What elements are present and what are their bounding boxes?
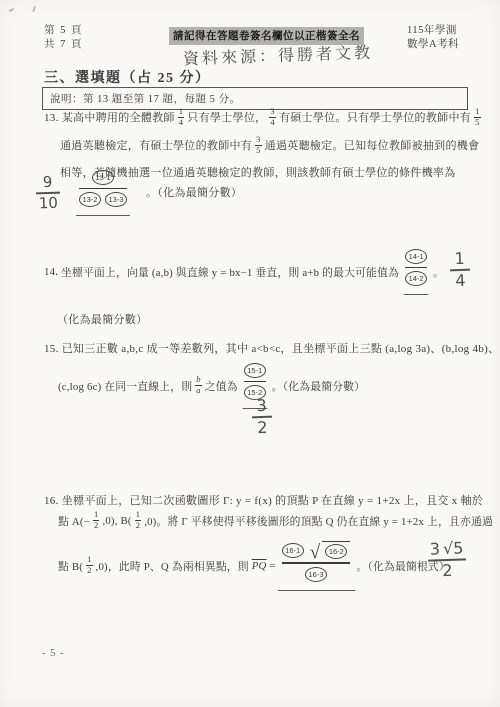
fraction-numerator: 1 xyxy=(178,107,185,117)
exam-info: 115年學測 數學A考科 xyxy=(407,24,459,52)
page-indicator: 第 5 頁 共 7 頁 xyxy=(44,24,83,52)
q16-line2: 點 A(−12,0), B(12,0)。將 Γ 平移使得平移後圖形的頂點 Q 仍… xyxy=(58,508,493,534)
q15-text-seg: 已知三正數 a,b,c 成一等差數列，其中 a<b<c，且坐標平面上三點 (a,… xyxy=(62,343,500,355)
q13-text-seg: 通過英聽檢定，有碩士學位的教師中有 xyxy=(60,140,252,152)
fraction-numerator: 1 xyxy=(93,510,99,520)
blank-id-badge: 14-1 xyxy=(405,249,427,264)
q16-number: 16. xyxy=(44,495,59,507)
inline-fraction: 34 xyxy=(269,107,276,128)
handwritten-coefficient: 3 xyxy=(430,540,441,558)
q14-format-note: （化為最簡分數） xyxy=(57,311,147,329)
blank-id-badge: 16-2 xyxy=(325,544,347,559)
q13-text-seg: 某高中聘用的全體教師 xyxy=(62,112,175,124)
q16-text-seg: ,0)。將 Γ 平移使得平移後圖形的頂點 Q 仍在直線 y = 1+2x 上，且… xyxy=(144,514,493,529)
fraction-numerator: 3 xyxy=(269,107,276,117)
page-footer: - 5 - xyxy=(42,648,65,659)
q13-line1: 13. 某高中聘用的全體教師14只有學士學位，34有碩士學位。只有學士學位的教師… xyxy=(44,106,484,130)
inline-fraction: 14 xyxy=(178,107,185,128)
fraction-denominator: a xyxy=(195,385,201,396)
inline-fraction: 12 xyxy=(93,510,99,531)
fraction-denominator: 2 xyxy=(93,520,99,531)
q16-answer-blank: 16-1 √ 16-2 16-3 xyxy=(282,541,351,590)
q13-number: 13. xyxy=(44,112,59,124)
q16-text-seg: 坐標平面上，已知二次函數圖形 Γ: y = f(x) 的頂點 P 在直線 y =… xyxy=(62,495,483,507)
handwritten-denominator: 2 xyxy=(257,418,268,436)
q16-text-seg: ,0), B( xyxy=(102,515,131,527)
q14-handwritten-answer: 1 4 xyxy=(449,250,470,290)
q13-handwritten-answer: 9 10 xyxy=(35,174,60,212)
q14-number: 14. xyxy=(44,266,58,278)
fraction-numerator: 3 xyxy=(255,135,262,145)
blank-id-badge: 13-2 xyxy=(79,192,101,207)
handwritten-numerator: 1 xyxy=(454,250,465,268)
handwritten-denominator: 4 xyxy=(455,271,466,289)
handwritten-denominator: 10 xyxy=(39,195,59,213)
scan-artifact xyxy=(9,8,14,12)
q13-text-seg: 有碩士學位。只有學士學位的教師中有 xyxy=(279,112,471,124)
fraction-denominator: 4 xyxy=(269,117,276,128)
q16-line3: 點 B(12,0)，此時 P、Q 為兩相異點，則 PQ = 16-1 √ 16-… xyxy=(58,536,450,596)
q14-text-seg: 。 xyxy=(433,265,444,280)
blank-fraction-bar xyxy=(244,381,266,382)
inline-fraction: 15 xyxy=(474,107,481,128)
inline-fraction: 12 xyxy=(86,555,92,576)
fraction-denominator: 5 xyxy=(255,145,262,156)
answer-underline xyxy=(278,589,355,591)
q13-format-note: 。（化為最簡分數） xyxy=(146,184,242,202)
fraction-denominator: 2 xyxy=(135,520,141,531)
exam-scan-page: 第 5 頁 共 7 頁 請記得在答題卷簽名欄位以正楷簽全名 115年學測 數學A… xyxy=(0,0,500,707)
fraction-numerator: 1 xyxy=(135,510,141,520)
exam-year: 115年學測 xyxy=(407,24,459,38)
q16-text-seg: 點 B( xyxy=(58,559,83,574)
blank-id-badge: 14-2 xyxy=(405,271,427,286)
fraction-denominator: 5 xyxy=(474,117,481,128)
exam-subject: 數學A考科 xyxy=(407,38,459,52)
handwritten-denominator: 2 xyxy=(442,561,453,579)
scan-artifact xyxy=(32,6,36,12)
q15-line1: 15. 已知三正數 a,b,c 成一等差數列，其中 a<b<c，且坐標平面上三點… xyxy=(44,340,499,358)
q15-handwritten-answer: 3 2 xyxy=(251,397,272,437)
inline-fraction: 35 xyxy=(255,135,262,156)
q13-answer-blank: 13-1 13-2 13-3 xyxy=(79,170,127,216)
inline-fraction: 12 xyxy=(135,510,141,531)
q14-text-seg: 坐標平面上，向量 (a,b) 與直線 y = bx−1 垂直，則 a+b 的最大… xyxy=(61,265,399,280)
q13-text-seg: 通過英聽檢定。已知每位教師被抽到的機會 xyxy=(265,140,480,152)
blank-id-badge: 15-1 xyxy=(244,363,266,378)
q15-number: 15. xyxy=(44,343,59,355)
blank-id-badge: 13-1 xyxy=(92,170,114,185)
fraction-denominator: 4 xyxy=(178,117,185,128)
fraction-denominator: 2 xyxy=(86,565,92,576)
handwritten-sqrt-term: √5 xyxy=(443,539,464,558)
fraction-numerator: 1 xyxy=(86,555,92,565)
section-title: 三、選填題（占 25 分） xyxy=(44,67,211,87)
page-total-line: 共 7 頁 xyxy=(44,38,83,52)
q16-text-seg: 點 A(− xyxy=(58,514,90,529)
blank-id-badge: 16-3 xyxy=(305,567,327,582)
blank-fraction-bar xyxy=(79,188,127,189)
handwritten-numerator: 9 xyxy=(43,174,53,191)
q16-text-seg: ,0)，此時 P、Q 為兩相異點，則 xyxy=(96,559,249,574)
q15-format-note: 。（化為最簡分數） xyxy=(272,379,366,394)
answer-underline xyxy=(76,214,130,216)
q13-line2: 通過英聽檢定，有碩士學位的教師中有35通過英聽檢定。已知每位教師被抽到的機會 xyxy=(60,134,479,158)
q13-answer-area: 9 10 13-1 13-2 13-3 。（化為最簡分數） xyxy=(36,170,242,216)
q15-line2: (c,log 6c) 在同一直線上，則 ba 之值為 15-1 15-2 。（化… xyxy=(58,358,365,414)
page-number-line: 第 5 頁 xyxy=(44,24,83,38)
handwritten-numerator: 3 xyxy=(256,397,267,415)
blank-id-badge: 13-3 xyxy=(105,192,127,207)
q14-line1: 14. 坐標平面上，向量 (a,b) 與直線 y = bx−1 垂直，則 a+b… xyxy=(44,244,444,300)
segment-pq-overline: PQ xyxy=(252,560,267,572)
blank-denominator-row: 13-2 13-3 xyxy=(79,192,127,207)
inline-fraction: ba xyxy=(195,375,201,396)
handwritten-numerator: 3√5 xyxy=(430,539,464,558)
blank-fraction-bar xyxy=(405,267,427,268)
radical-sign: √ xyxy=(310,544,321,561)
blank-numerator-row: 16-1 √ 16-2 xyxy=(282,541,351,559)
radicand-box: 16-2 xyxy=(322,541,350,559)
q14-answer-blank: 14-1 14-2 xyxy=(405,249,427,295)
q15-text-seg: 之值為 xyxy=(205,379,238,394)
answer-underline xyxy=(404,293,429,295)
q16-handwritten-answer: 3√5 2 xyxy=(427,539,466,580)
equals-sign: = xyxy=(269,560,275,572)
fraction-numerator: 1 xyxy=(474,107,481,117)
q15-text-seg: (c,log 6c) 在同一直線上，則 xyxy=(58,379,192,394)
blank-id-badge: 16-1 xyxy=(282,543,304,558)
fraction-numerator: b xyxy=(195,375,201,385)
q13-text-seg: 只有學士學位， xyxy=(187,112,266,124)
